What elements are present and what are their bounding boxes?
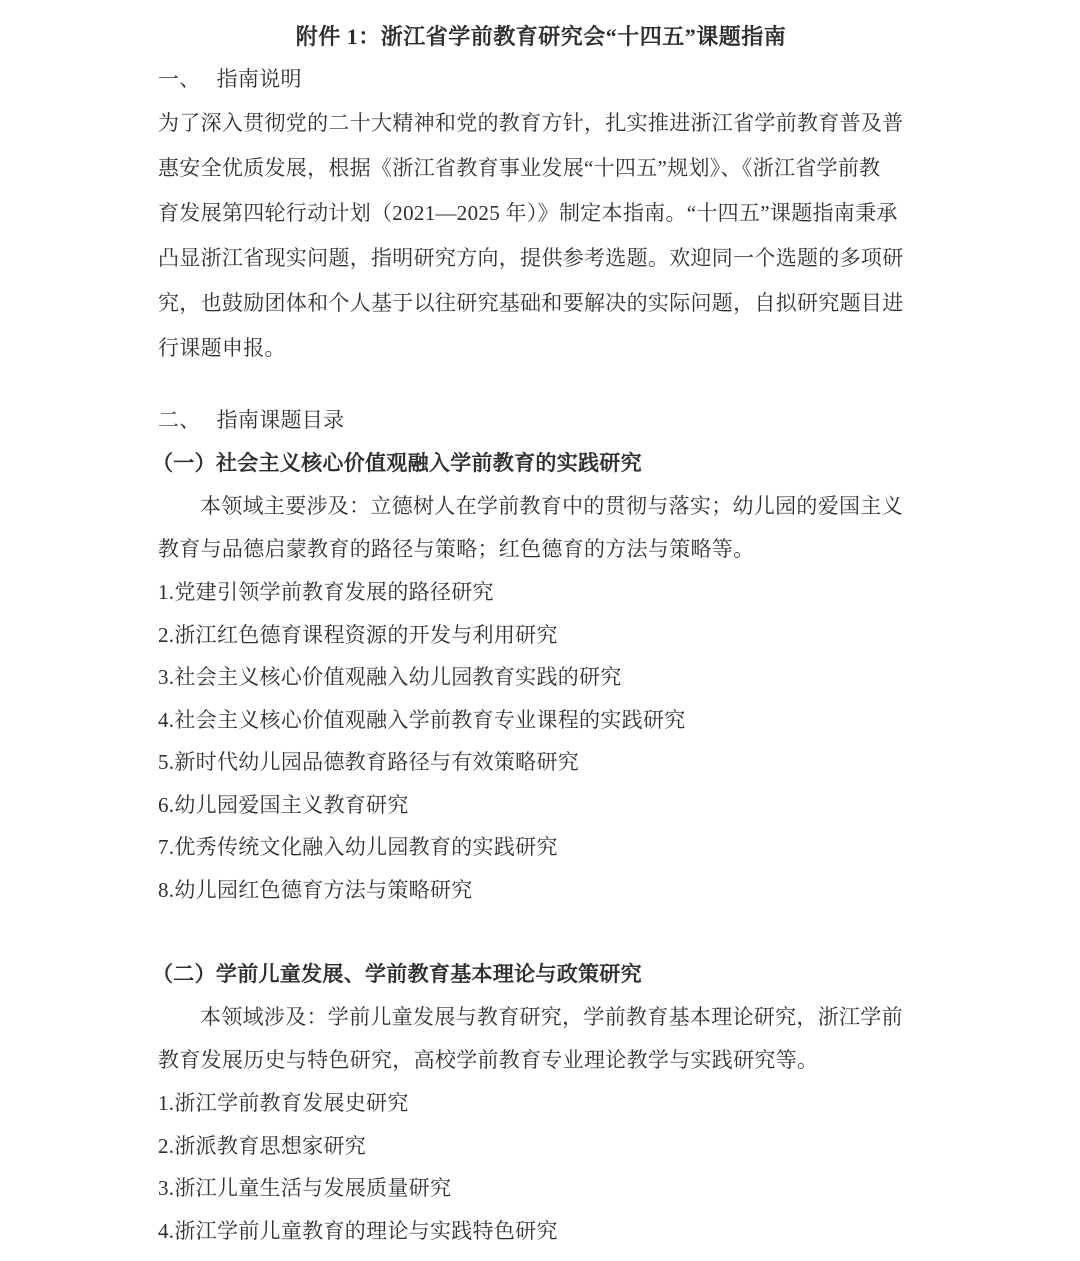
topic1-list-item: 4.社会主义核心价值观融入学前教育专业课程的实践研究	[158, 699, 924, 742]
section2-heading: 二、指南课题目录	[158, 399, 924, 442]
section1-number: 一、	[158, 67, 201, 91]
topic2-list-item: 4.浙江学前儿童教育的理论与实践特色研究	[158, 1210, 924, 1253]
intro-paragraph-line: 惠安全优质发展，根据《浙江省教育事业发展“十四五”规划》、《浙江省学前教	[158, 146, 924, 191]
topic1-list-item: 6.幼儿园爱国主义教育研究	[158, 784, 924, 827]
document-page-background: { "doc": { "title": "附件 1：浙江省学前教育研究会“十四五…	[0, 0, 1080, 1261]
topic1-list-item: 5.新时代幼儿园品德教育路径与有效策略研究	[158, 741, 924, 784]
topic2-list-item: 2.浙派教育思想家研究	[158, 1125, 924, 1168]
topic1-list-item: 3.社会主义核心价值观融入幼儿园教育实践的研究	[158, 656, 924, 699]
topic1-heading: （一）社会主义核心价值观融入学前教育的实践研究	[152, 442, 924, 485]
spacer	[158, 371, 924, 399]
intro-paragraph-line: 凸显浙江省现实问题，指明研究方向，提供参考选题。欢迎同一个选题的多项研	[158, 236, 924, 281]
document-body: 附件 1：浙江省学前教育研究会“十四五”课题指南 一、指南说明 为了深入贯彻党的…	[158, 0, 924, 1252]
section2-number: 二、	[158, 408, 201, 432]
spacer	[158, 911, 924, 953]
topic1-list-item: 1.党建引领学前教育发展的路径研究	[158, 571, 924, 614]
topic1-list-item: 8.幼儿园红色德育方法与策略研究	[158, 869, 924, 912]
section2-title: 指南课题目录	[217, 408, 345, 432]
topic2-description-line: 教育发展历史与特色研究，高校学前教育专业理论教学与实践研究等。	[158, 1039, 924, 1082]
intro-paragraph-line: 育发展第四轮行动计划（2021—2025 年）》制定本指南。“十四五”课题指南秉…	[158, 191, 924, 236]
topic1-list-item: 2.浙江红色德育课程资源的开发与利用研究	[158, 614, 924, 657]
intro-paragraph-line: 究，也鼓励团体和个人基于以往研究基础和要解决的实际问题，自拟研究题目进	[158, 281, 924, 326]
intro-paragraph-line: 行课题申报。	[158, 326, 924, 371]
document-title: 附件 1：浙江省学前教育研究会“十四五”课题指南	[158, 20, 924, 54]
topic2-heading: （二）学前儿童发展、学前教育基本理论与政策研究	[152, 953, 924, 996]
section1-heading: 一、指南说明	[158, 58, 924, 101]
topic2-list-item: 3.浙江儿童生活与发展质量研究	[158, 1167, 924, 1210]
topic1-description-line: 教育与品德启蒙教育的路径与策略；红色德育的方法与策略等。	[158, 528, 924, 571]
topic2-description-line: 本领域涉及：学前儿童发展与教育研究，学前教育基本理论研究，浙江学前	[158, 996, 924, 1039]
topic1-description-line: 本领域主要涉及：立德树人在学前教育中的贯彻与落实；幼儿园的爱国主义	[158, 485, 924, 528]
topic2-list-item: 1.浙江学前教育发展史研究	[158, 1082, 924, 1125]
intro-paragraph-line: 为了深入贯彻党的二十大精神和党的教育方针，扎实推进浙江省学前教育普及普	[158, 101, 924, 146]
topic1-list-item: 7.优秀传统文化融入幼儿园教育的实践研究	[158, 826, 924, 869]
section1-title: 指南说明	[217, 67, 302, 91]
